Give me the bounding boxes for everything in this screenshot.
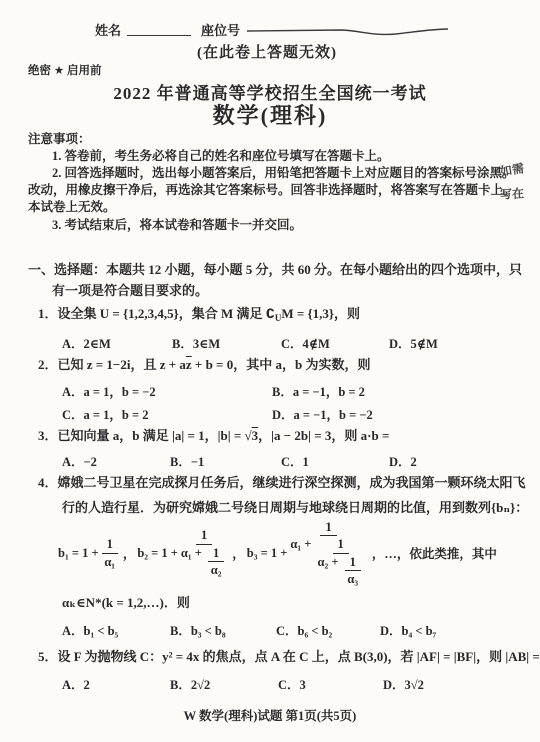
- question-4-option-b: B．b₃ < b₈: [170, 621, 226, 639]
- b2-inner-fraction: 1 α₂: [208, 546, 224, 578]
- b2-denominator-lead: α₁ +: [181, 546, 202, 560]
- question-5-option-b: B．2√2: [170, 675, 210, 693]
- question-5-option-d: D．3√2: [383, 675, 424, 693]
- question-3-option-b: B．−1: [170, 452, 204, 470]
- question-1-option-d: D．5∉M: [389, 334, 438, 352]
- question-5-option-a: A．2: [62, 675, 90, 693]
- b3-mid-fraction: 1 α₂ + 1 α₃: [317, 537, 363, 586]
- notice-heading: 注意事项：: [28, 132, 91, 147]
- margin-note-ruxu: 如需: [499, 159, 525, 180]
- question-3-option-c: C．1: [281, 452, 309, 470]
- notice-item-2-line-2: 改动，用橡皮擦干净后，再选涂其它答案标号。回答非选择题时，将答案写在答题卡上。: [28, 183, 516, 198]
- comma-separator: ，: [123, 544, 136, 562]
- comma-separator: ，: [232, 544, 245, 562]
- notice-item-2-line-1: 2. 回答选择题时，选出每小题答案后，用铅笔把答题卡上对应题目的答案标号涂黑。: [52, 166, 515, 181]
- complement-symbol: ∁: [266, 306, 275, 321]
- b2-expression: b₂ = 1 + 1 α₁ + 1 α₂: [137, 528, 230, 577]
- notice-item-1: 1. 答卷前，考生务必将自己的姓名和座位号填写在答题卡上。: [52, 149, 390, 164]
- question-4-option-c: C．b₆ < b₂: [276, 621, 332, 639]
- b3-lead: b₃ = 1 +: [247, 546, 288, 561]
- b3-expression: b₃ = 1 + 1 α₁ + 1 α₂ + 1 α₃: [247, 520, 370, 587]
- b2-inner-numerator: 1: [208, 546, 224, 562]
- question-2-option-a: A．a = 1，b = −2: [62, 382, 156, 400]
- seat-number-label: 座位号: [201, 20, 240, 39]
- b2-inner-denominator: α₂: [211, 562, 222, 577]
- notice-item-2-line-3: 本试卷上无效。: [28, 200, 116, 215]
- b2-numerator: 1: [196, 528, 212, 544]
- name-blank-underline: [127, 21, 191, 36]
- b3-inner-fraction: 1 α₃: [345, 555, 361, 587]
- question-1-option-c: C．4∉M: [281, 334, 330, 352]
- page-footer: W 数学(理科)试题 第1页(共5页): [0, 706, 540, 724]
- question-1-stem-tail: M = {1,3}，则: [281, 306, 360, 321]
- question-4-option-a: A．b₁ < b₅: [62, 621, 118, 639]
- question-5-option-c: C．3: [278, 675, 306, 693]
- b3-mid-denominator-lead: α₂ +: [317, 555, 338, 569]
- b3-inner-numerator: 1: [345, 555, 361, 571]
- b2-lead: b₂ = 1 +: [137, 546, 178, 561]
- question-1-option-a: A．2∈M: [62, 334, 111, 352]
- question-4-stem-line-3: αₖ∈N*(k = 1,2,…)．则: [62, 595, 190, 611]
- b3-numerator: 1: [320, 520, 336, 536]
- question-4-stem-line-2: 行的人造行星．为研究嫦娥二号绕日周期与地球绕日周期的比值，用到数列{bₙ}：: [62, 500, 528, 516]
- question-2-option-d: D．a = −1，b = −2: [272, 405, 373, 423]
- question-3-option-d: D．2: [389, 452, 417, 470]
- question-4-option-d: D．b₄ < b₇: [380, 621, 436, 639]
- section-one-header-line-2: 有一项是符合题目要求的。: [52, 283, 208, 298]
- answer-invalid-note: (在此卷上答题无效): [197, 41, 337, 62]
- seat-blank-wavy-underline: [246, 24, 450, 40]
- question-5-stem: 5．设 F 为抛物线 C：y² = 4x 的焦点，点 A 在 C 上，点 B(3…: [38, 649, 540, 665]
- name-label: 姓名: [95, 20, 121, 39]
- b2-denominator: α₁ + 1 α₂: [181, 545, 227, 578]
- question-2-stem-text: 2．已知 z = 1−2i，且 z + a: [38, 357, 186, 372]
- b3-fraction: 1 α₁ + 1 α₂ + 1 α₃: [290, 520, 366, 587]
- subject-title: 数学(理科): [0, 99, 540, 130]
- question-4-stem-line-1: 4．嫦娥二号卫星在完成探月任务后，继续进行深空探测，成为我国第一颗环绕太阳飞: [38, 475, 526, 491]
- b1-denominator: α₁: [104, 554, 115, 569]
- exam-paper-page: 姓名 座位号 (在此卷上答题无效) 绝密 ★ 启用前 2022 年普通高等学校招…: [0, 0, 540, 742]
- b3-denominator: α₁ + 1 α₂ + 1 α₃: [290, 536, 366, 586]
- b3-inner-denominator: α₃: [347, 571, 358, 586]
- question-3-stem-tail: ，|a − 2b| = 3，则 a·b =: [258, 428, 389, 443]
- question-1-stem: 1．设全集 U = {1,2,3,4,5}，集合 M 满足 ∁UM = {1,3…: [38, 306, 360, 326]
- question-1-stem-text: 1．设全集 U = {1,2,3,4,5}，集合 M 满足: [38, 306, 266, 321]
- b1-fraction: 1 α₁: [102, 537, 118, 569]
- question-4-continued-fraction-formula: b₁ = 1 + 1 α₁ ， b₂ = 1 + 1 α₁ + 1 α₂ ，: [58, 515, 499, 591]
- question-3-stem-text: 3．已知向量 a，b 满足 |a| = 1，|b| = √: [38, 428, 252, 443]
- b2-fraction: 1 α₁ + 1 α₂: [181, 528, 227, 577]
- b3-mid-denominator: α₂ + 1 α₃: [317, 554, 363, 587]
- question-1-option-b: B．3∈M: [172, 334, 220, 352]
- question-2-stem: 2．已知 z = 1−2i，且 z + az + b = 0，其中 a，b 为实…: [38, 357, 370, 373]
- formula-tail-text: ，…，依此类推，其中: [372, 544, 497, 562]
- b3-mid-numerator: 1: [333, 537, 349, 553]
- question-3-stem: 3．已知向量 a，b 满足 |a| = 1，|b| = √3，|a − 2b| …: [38, 428, 389, 444]
- question-3-option-a: A．−2: [62, 452, 97, 470]
- b1-expression: b₁ = 1 + 1 α₁: [58, 537, 121, 569]
- section-one-header-line-1: 一、选择题：本题共 12 小题，每小题 5 分，共 60 分。在每小题给出的四个…: [28, 262, 522, 277]
- margin-note-xiezai: 写在: [500, 184, 525, 202]
- question-2-option-c: C．a = 1，b = 2: [62, 405, 148, 423]
- b1-numerator: 1: [102, 537, 118, 553]
- question-2-option-b: B．a = −1，b = 2: [272, 382, 365, 400]
- notice-item-3: 3. 考试结束后，将本试卷和答题卡一并交回。: [52, 218, 302, 233]
- b1-lead: b₁ = 1 +: [58, 546, 99, 561]
- b3-denominator-lead: α₁ +: [290, 537, 311, 551]
- question-2-stem-tail: + b = 0，其中 a，b 为实数，则: [192, 357, 371, 372]
- security-classification: 绝密 ★ 启用前: [28, 62, 102, 78]
